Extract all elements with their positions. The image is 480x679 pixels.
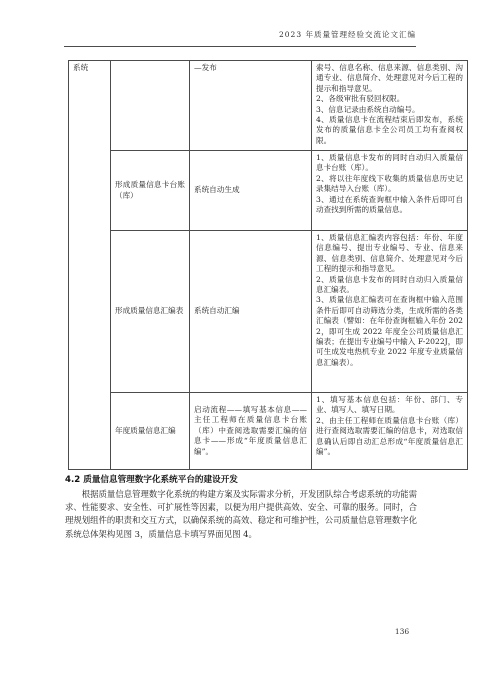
- table-row: 形成质量信息卡台账（库） 系统自动生成 1、质量信息卡发布的同时自动归入质量信息…: [69, 151, 468, 231]
- table-cell-detail: 1、质量信息卡发布的同时自动归入质量信息卡台账（库）。 2、将以往年度线下收集的…: [312, 151, 468, 231]
- table-cell-detail: 1、质量信息汇编表内容包括：年份、年度信息编号、提出专业编号、专业、信息来源、信…: [312, 231, 468, 393]
- table-cell-method: 系统自动汇编: [190, 231, 312, 393]
- document-page: 2023 年质量管理经验交流论文汇编 系统 —发布 索号、信息名称、信息来源、信…: [0, 0, 480, 679]
- table-cell-detail: 索号、信息名称、信息来源、信息类别、沟通专业、信息简介、处理意见对今后工程的提示…: [312, 61, 468, 151]
- table-cell-system: 系统: [69, 61, 111, 470]
- table-cell-method: 系统自动生成: [190, 151, 312, 231]
- section-paragraph: 根据质量信息管理数字化系统的构建方案及实际需求分析，开发团队综合考虑系统的功能需…: [65, 488, 417, 541]
- running-header: 2023 年质量管理经验交流论文汇编: [64, 29, 416, 47]
- table-cell-step-name: [111, 61, 190, 151]
- table-cell-step-name: 形成质量信息卡台账（库）: [111, 151, 190, 231]
- running-header-title: 2023 年质量管理经验交流论文汇编: [279, 30, 416, 39]
- table-row: 形成质量信息汇编表 系统自动汇编 1、质量信息汇编表内容包括：年份、年度信息编号…: [69, 231, 468, 393]
- page-number: 136: [390, 627, 414, 636]
- table-cell-method: 启动流程——填写基本信息——主任工程师在质量信息卡台账（库）中查阅选取需要汇编的…: [190, 393, 312, 470]
- section-4-2: 4.2 质量信息管理数字化系统平台的建设开发 根据质量信息管理数字化系统的构建方…: [65, 474, 417, 541]
- section-heading: 4.2 质量信息管理数字化系统平台的建设开发: [65, 474, 417, 487]
- table-cell-step-name: 形成质量信息汇编表: [111, 231, 190, 393]
- table-cell-step-name: 年度质量信息汇编: [111, 393, 190, 470]
- table-row: 系统 —发布 索号、信息名称、信息来源、信息类别、沟通专业、信息简介、处理意见对…: [69, 61, 468, 151]
- table-cell-detail: 1、填写基本信息包括：年份、部门、专业、填写人、填写日期。 2、由主任工程师在质…: [312, 393, 468, 470]
- table-row: 年度质量信息汇编 启动流程——填写基本信息——主任工程师在质量信息卡台账（库）中…: [69, 393, 468, 470]
- table-cell-method: —发布: [190, 61, 312, 151]
- quality-info-table: 系统 —发布 索号、信息名称、信息来源、信息类别、沟通专业、信息简介、处理意见对…: [68, 60, 468, 470]
